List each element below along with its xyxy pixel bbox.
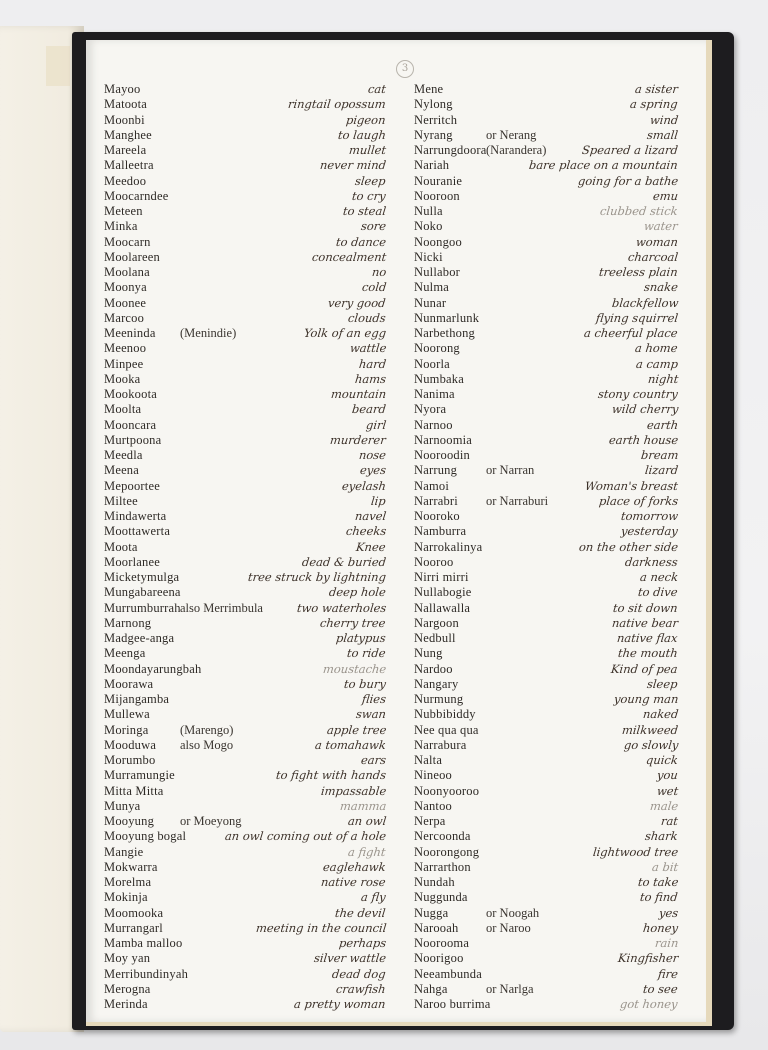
word-entry: Nulmasnake [86, 280, 706, 295]
english-meaning: male [649, 799, 679, 813]
word-entry: Naroo burrimagot honey [86, 997, 706, 1012]
aboriginal-word: Nee qua qua [414, 723, 479, 738]
english-meaning: stony country [597, 387, 678, 401]
aboriginal-word: Noko [414, 219, 443, 234]
word-entry: Nuggaor Noogahyes [86, 906, 706, 921]
aboriginal-word: Neeambunda [414, 967, 482, 982]
english-meaning: wild cherry [611, 402, 679, 416]
aboriginal-word: Noorigoo [414, 951, 464, 966]
word-entry: Noorongonglightwood tree [86, 845, 706, 860]
aboriginal-word: Namoi [414, 479, 449, 494]
aboriginal-word: Nahga [414, 982, 448, 997]
word-entry: Narrungor Narranlizard [86, 463, 706, 478]
aboriginal-word: Nooroodin [414, 448, 470, 463]
english-meaning: to find [640, 890, 679, 904]
english-meaning: shark [645, 829, 679, 843]
word-entry: Nunmarlunkflying squirrel [86, 311, 706, 326]
word-entry: Nedbullnative flax [86, 631, 706, 646]
english-meaning: to dive [638, 585, 679, 599]
aboriginal-word: Nullabogie [414, 585, 472, 600]
aboriginal-word: Numbaka [414, 372, 464, 387]
word-entry: Naltaquick [86, 753, 706, 768]
english-meaning: flying squirrel [595, 311, 679, 325]
page-number: 3 [396, 60, 414, 78]
aboriginal-word: Nyora [414, 402, 446, 417]
aboriginal-word: Nardoo [414, 662, 453, 677]
word-entry: Nercoondashark [86, 829, 706, 844]
word-entry: Nariahbare place on a mountain [86, 158, 706, 173]
word-entry: Narnooearth [86, 418, 706, 433]
alternate-spelling: or Naroo [486, 921, 531, 936]
aboriginal-word: Nalta [414, 753, 442, 768]
word-entry: Nooroomarain [86, 936, 706, 951]
english-meaning: water [644, 219, 679, 233]
word-entry: Nylonga spring [86, 97, 706, 112]
word-entry: Nyrangor Nerangsmall [86, 128, 706, 143]
word-entry: Nullabogieto dive [86, 585, 706, 600]
aboriginal-word: Nerpa [414, 814, 446, 829]
english-meaning: to sit down [613, 601, 679, 615]
aboriginal-word: Nung [414, 646, 443, 661]
english-meaning: place of forks [598, 494, 679, 508]
english-meaning: wind [649, 113, 679, 127]
english-meaning: to take [637, 875, 679, 889]
word-entry: Nouraniegoing for a bathe [86, 174, 706, 189]
word-entry: Nyorawild cherry [86, 402, 706, 417]
aboriginal-word: Narrarthon [414, 860, 471, 875]
word-entry: NamoiWoman's breast [86, 479, 706, 494]
word-entry: Nanimastony country [86, 387, 706, 402]
english-meaning: tomorrow [620, 509, 679, 523]
word-entry: NardooKind of pea [86, 662, 706, 677]
word-entry: Nineooyou [86, 768, 706, 783]
alternate-spelling: or Narlga [486, 982, 534, 997]
english-meaning: got honey [620, 997, 679, 1011]
english-meaning: wet [656, 784, 679, 798]
english-meaning: naked [642, 707, 679, 721]
aboriginal-word: Narbethong [414, 326, 475, 341]
aboriginal-word: Nooroko [414, 509, 460, 524]
word-entry: Nooroodarkness [86, 555, 706, 570]
english-meaning: sleep [647, 677, 679, 691]
word-entry: Narrungdoora(Narandera)Speared a lizard [86, 143, 706, 158]
word-entry: Narnoomiaearth house [86, 433, 706, 448]
aboriginal-word: Nanima [414, 387, 455, 402]
word-entry: Noongoowoman [86, 235, 706, 250]
word-entry: Nantoomale [86, 799, 706, 814]
aboriginal-word: Narrungdoora [414, 143, 487, 158]
aboriginal-word: Nineoo [414, 768, 452, 783]
english-meaning: earth [646, 418, 679, 432]
word-entry: Nargoonnative bear [86, 616, 706, 631]
english-meaning: Speared a lizard [581, 143, 678, 157]
word-entry: Nerparat [86, 814, 706, 829]
aboriginal-word: Nundah [414, 875, 455, 890]
word-entry: Nickicharcoal [86, 250, 706, 265]
english-meaning: a neck [639, 570, 679, 584]
english-meaning: bare place on a mountain [529, 158, 679, 172]
english-meaning: a sister [634, 82, 678, 96]
notebook-page: 3 MayoocatMatootaringtail opossumMoonbip… [86, 40, 706, 1022]
english-meaning: you [656, 768, 678, 782]
word-entry: Nee qua quamilkweed [86, 723, 706, 738]
english-meaning: a cheerful place [584, 326, 679, 340]
word-entry: Nooroodinbream [86, 448, 706, 463]
word-entry: Nokowater [86, 219, 706, 234]
aboriginal-word: Mene [414, 82, 443, 97]
aboriginal-word: Nurmung [414, 692, 463, 707]
english-meaning: night [647, 372, 679, 386]
english-meaning: go slowly [623, 738, 679, 752]
english-meaning: clubbed stick [600, 204, 679, 218]
aboriginal-word: Narooah [414, 921, 458, 936]
english-meaning: yesterday [620, 524, 678, 538]
aboriginal-word: Nangary [414, 677, 458, 692]
word-entry: Nahgaor Narlgato see [86, 982, 706, 997]
word-entry: Narooahor Naroohoney [86, 921, 706, 936]
english-meaning: a home [635, 341, 679, 355]
english-meaning: snake [643, 280, 678, 294]
aboriginal-word: Narnoomia [414, 433, 472, 448]
aboriginal-word: Narrabura [414, 738, 466, 753]
word-entry: Menea sister [86, 82, 706, 97]
aboriginal-word: Nooroon [414, 189, 460, 204]
word-entry: Narrabrior Narraburiplace of forks [86, 494, 706, 509]
alternate-spelling: (Narandera) [486, 143, 546, 158]
english-meaning: small [646, 128, 679, 142]
english-meaning: darkness [625, 555, 679, 569]
aboriginal-word: Noorla [414, 357, 450, 372]
english-meaning: to see [643, 982, 679, 996]
aboriginal-word: Nirri mirri [414, 570, 469, 585]
word-entry: Narbethonga cheerful place [86, 326, 706, 341]
aboriginal-word: Noorong [414, 341, 460, 356]
english-meaning: earth house [608, 433, 679, 447]
word-entry: Noorlaa camp [86, 357, 706, 372]
aboriginal-word: Nedbull [414, 631, 456, 646]
english-meaning: young man [613, 692, 679, 706]
aboriginal-word: Narrokalinya [414, 540, 482, 555]
word-entry: Narraburago slowly [86, 738, 706, 753]
alternate-spelling: or Noogah [486, 906, 539, 921]
word-entry: Neeambundafire [86, 967, 706, 982]
aboriginal-word: Narrung [414, 463, 457, 478]
english-meaning: yes [658, 906, 679, 920]
english-meaning: Kingfisher [617, 951, 679, 965]
aboriginal-word: Nulma [414, 280, 449, 295]
aboriginal-word: Namburra [414, 524, 466, 539]
english-meaning: native flax [617, 631, 679, 645]
english-meaning: woman [635, 235, 678, 249]
english-meaning: a camp [635, 357, 679, 371]
aboriginal-word: Nantoo [414, 799, 452, 814]
alternate-spelling: or Narran [486, 463, 534, 478]
word-entry: Numbakanight [86, 372, 706, 387]
alternate-spelling: or Nerang [486, 128, 536, 143]
aboriginal-word: Noorooma [414, 936, 469, 951]
aboriginal-word: Nullabor [414, 265, 460, 280]
aboriginal-word: Nyrang [414, 128, 453, 143]
english-meaning: a spring [630, 97, 679, 111]
english-meaning: fire [657, 967, 678, 981]
english-meaning: treeless plain [599, 265, 679, 279]
aboriginal-word: Nerritch [414, 113, 457, 128]
aboriginal-word: Naroo burrima [414, 997, 491, 1012]
word-entry: Narrokalinyaon the other side [86, 540, 706, 555]
aboriginal-word: Narnoo [414, 418, 453, 433]
aboriginal-word: Nooroo [414, 555, 453, 570]
english-meaning: lizard [644, 463, 679, 477]
aboriginal-word: Nunmarlunk [414, 311, 479, 326]
english-meaning: a bit [651, 860, 679, 874]
english-meaning: charcoal [627, 250, 679, 264]
word-entry: Nirri mirria neck [86, 570, 706, 585]
english-meaning: quick [645, 753, 678, 767]
english-meaning: rain [654, 936, 679, 950]
word-entry: Nullaclubbed stick [86, 204, 706, 219]
aboriginal-word: Nicki [414, 250, 443, 265]
word-entry: Narrarthona bit [86, 860, 706, 875]
word-entry: NoorigooKingfisher [86, 951, 706, 966]
english-meaning: Kind of pea [611, 662, 679, 676]
word-entry: Nerritchwind [86, 113, 706, 128]
alternate-spelling: or Narraburi [486, 494, 548, 509]
word-entry: Nubbibiddynaked [86, 707, 706, 722]
word-entry: Nunarblackfellow [86, 296, 706, 311]
english-meaning: rat [660, 814, 678, 828]
aboriginal-word: Nugga [414, 906, 448, 921]
word-entry: Noonyooroowet [86, 784, 706, 799]
aboriginal-word: Nunar [414, 296, 446, 311]
word-entry: Nullabortreeless plain [86, 265, 706, 280]
aboriginal-word: Nariah [414, 158, 449, 173]
word-entry: Nooroonemu [86, 189, 706, 204]
aboriginal-word: Noorongong [414, 845, 479, 860]
aboriginal-word: Nouranie [414, 174, 462, 189]
aboriginal-word: Nulla [414, 204, 443, 219]
english-meaning: the mouth [617, 646, 678, 660]
aboriginal-word: Nallawalla [414, 601, 470, 616]
word-entry: Nurmungyoung man [86, 692, 706, 707]
english-meaning: blackfellow [611, 296, 679, 310]
aboriginal-word: Nuggunda [414, 890, 468, 905]
aboriginal-word: Nercoonda [414, 829, 471, 844]
english-meaning: milkweed [621, 723, 679, 737]
english-meaning: going for a bathe [577, 174, 679, 188]
aboriginal-word: Nylong [414, 97, 453, 112]
english-meaning: bream [640, 448, 679, 462]
word-entry: Nallawallato sit down [86, 601, 706, 616]
word-entry: Nooronga home [86, 341, 706, 356]
paper-tab [46, 46, 70, 86]
word-entry: Namburrayesterday [86, 524, 706, 539]
english-meaning: emu [652, 189, 679, 203]
word-entry: Nangarysleep [86, 677, 706, 692]
english-meaning: native bear [611, 616, 679, 630]
english-meaning: honey [642, 921, 679, 935]
aboriginal-word: Noonyooroo [414, 784, 479, 799]
english-meaning: on the other side [578, 540, 679, 554]
aboriginal-word: Nargoon [414, 616, 459, 631]
word-entry: Noorokotomorrow [86, 509, 706, 524]
english-meaning: lightwood tree [592, 845, 679, 859]
aboriginal-word: Noongoo [414, 235, 462, 250]
word-entry: Nuggundato find [86, 890, 706, 905]
aboriginal-word: Narrabri [414, 494, 458, 509]
word-entry: Nundahto take [86, 875, 706, 890]
word-entry: Nungthe mouth [86, 646, 706, 661]
english-meaning: Woman's breast [584, 479, 678, 493]
aboriginal-word: Nubbibiddy [414, 707, 476, 722]
